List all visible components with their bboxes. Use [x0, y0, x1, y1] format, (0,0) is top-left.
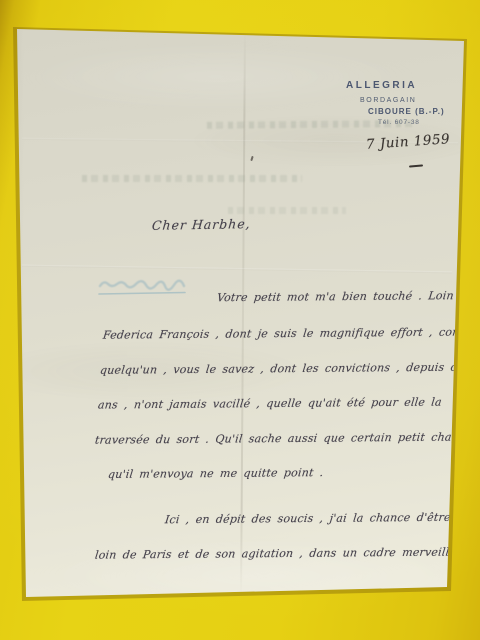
- letterhead-city: CIBOURE (B.-P.): [368, 107, 445, 116]
- handwriting-line: ans , n'ont jamais vacillé , quelle qu'a…: [97, 395, 442, 411]
- handwriting-line: Federica François , dont je suis le magn…: [102, 325, 480, 341]
- handwriting-line: Ici , en dépit des soucis , j'ai la chan…: [164, 511, 451, 527]
- offset-text-impression: [82, 175, 302, 182]
- handwriting-line: qu'il m'envoya ne me quitte point .: [107, 466, 324, 481]
- fold-crease-vertical: [240, 30, 246, 596]
- handwriting-text: Votre petit mot m'a bien touché . Loin d…: [216, 289, 474, 304]
- handwriting-line: Votre petit mot m'a bien touché . Loin d…: [216, 289, 480, 304]
- handwriting-line: loin de Paris et de son agitation , dans…: [94, 545, 470, 561]
- handwriting-line: traversée du sort . Qu'il sache aussi qu…: [94, 430, 480, 446]
- photo-background: ALLEGRIA BORDAGAIN CIBOURE (B.-P.) Tél. …: [0, 0, 480, 640]
- letter-paper: ALLEGRIA BORDAGAIN CIBOURE (B.-P.) Tél. …: [0, 0, 480, 640]
- handwritten-date: 7 Juin 1959: [366, 131, 451, 153]
- letterhead-name: ALLEGRIA: [346, 80, 417, 91]
- salutation: Cher Harbhe,: [151, 216, 251, 233]
- pencil-annotation: [97, 276, 189, 298]
- pencil-underline: [99, 293, 185, 295]
- pencil-scribble: [100, 281, 184, 290]
- letterhead-district: BORDAGAIN: [360, 97, 416, 104]
- ink-mark: [250, 156, 253, 161]
- letterhead-phone: Tél. 607-38: [378, 119, 420, 126]
- handwriting-line: quelqu'un , vous le savez , dont les con…: [99, 360, 480, 377]
- offset-text-impression: [228, 207, 346, 214]
- fold-crease-horizontal: [22, 265, 452, 274]
- date-underline-dash: [409, 164, 423, 167]
